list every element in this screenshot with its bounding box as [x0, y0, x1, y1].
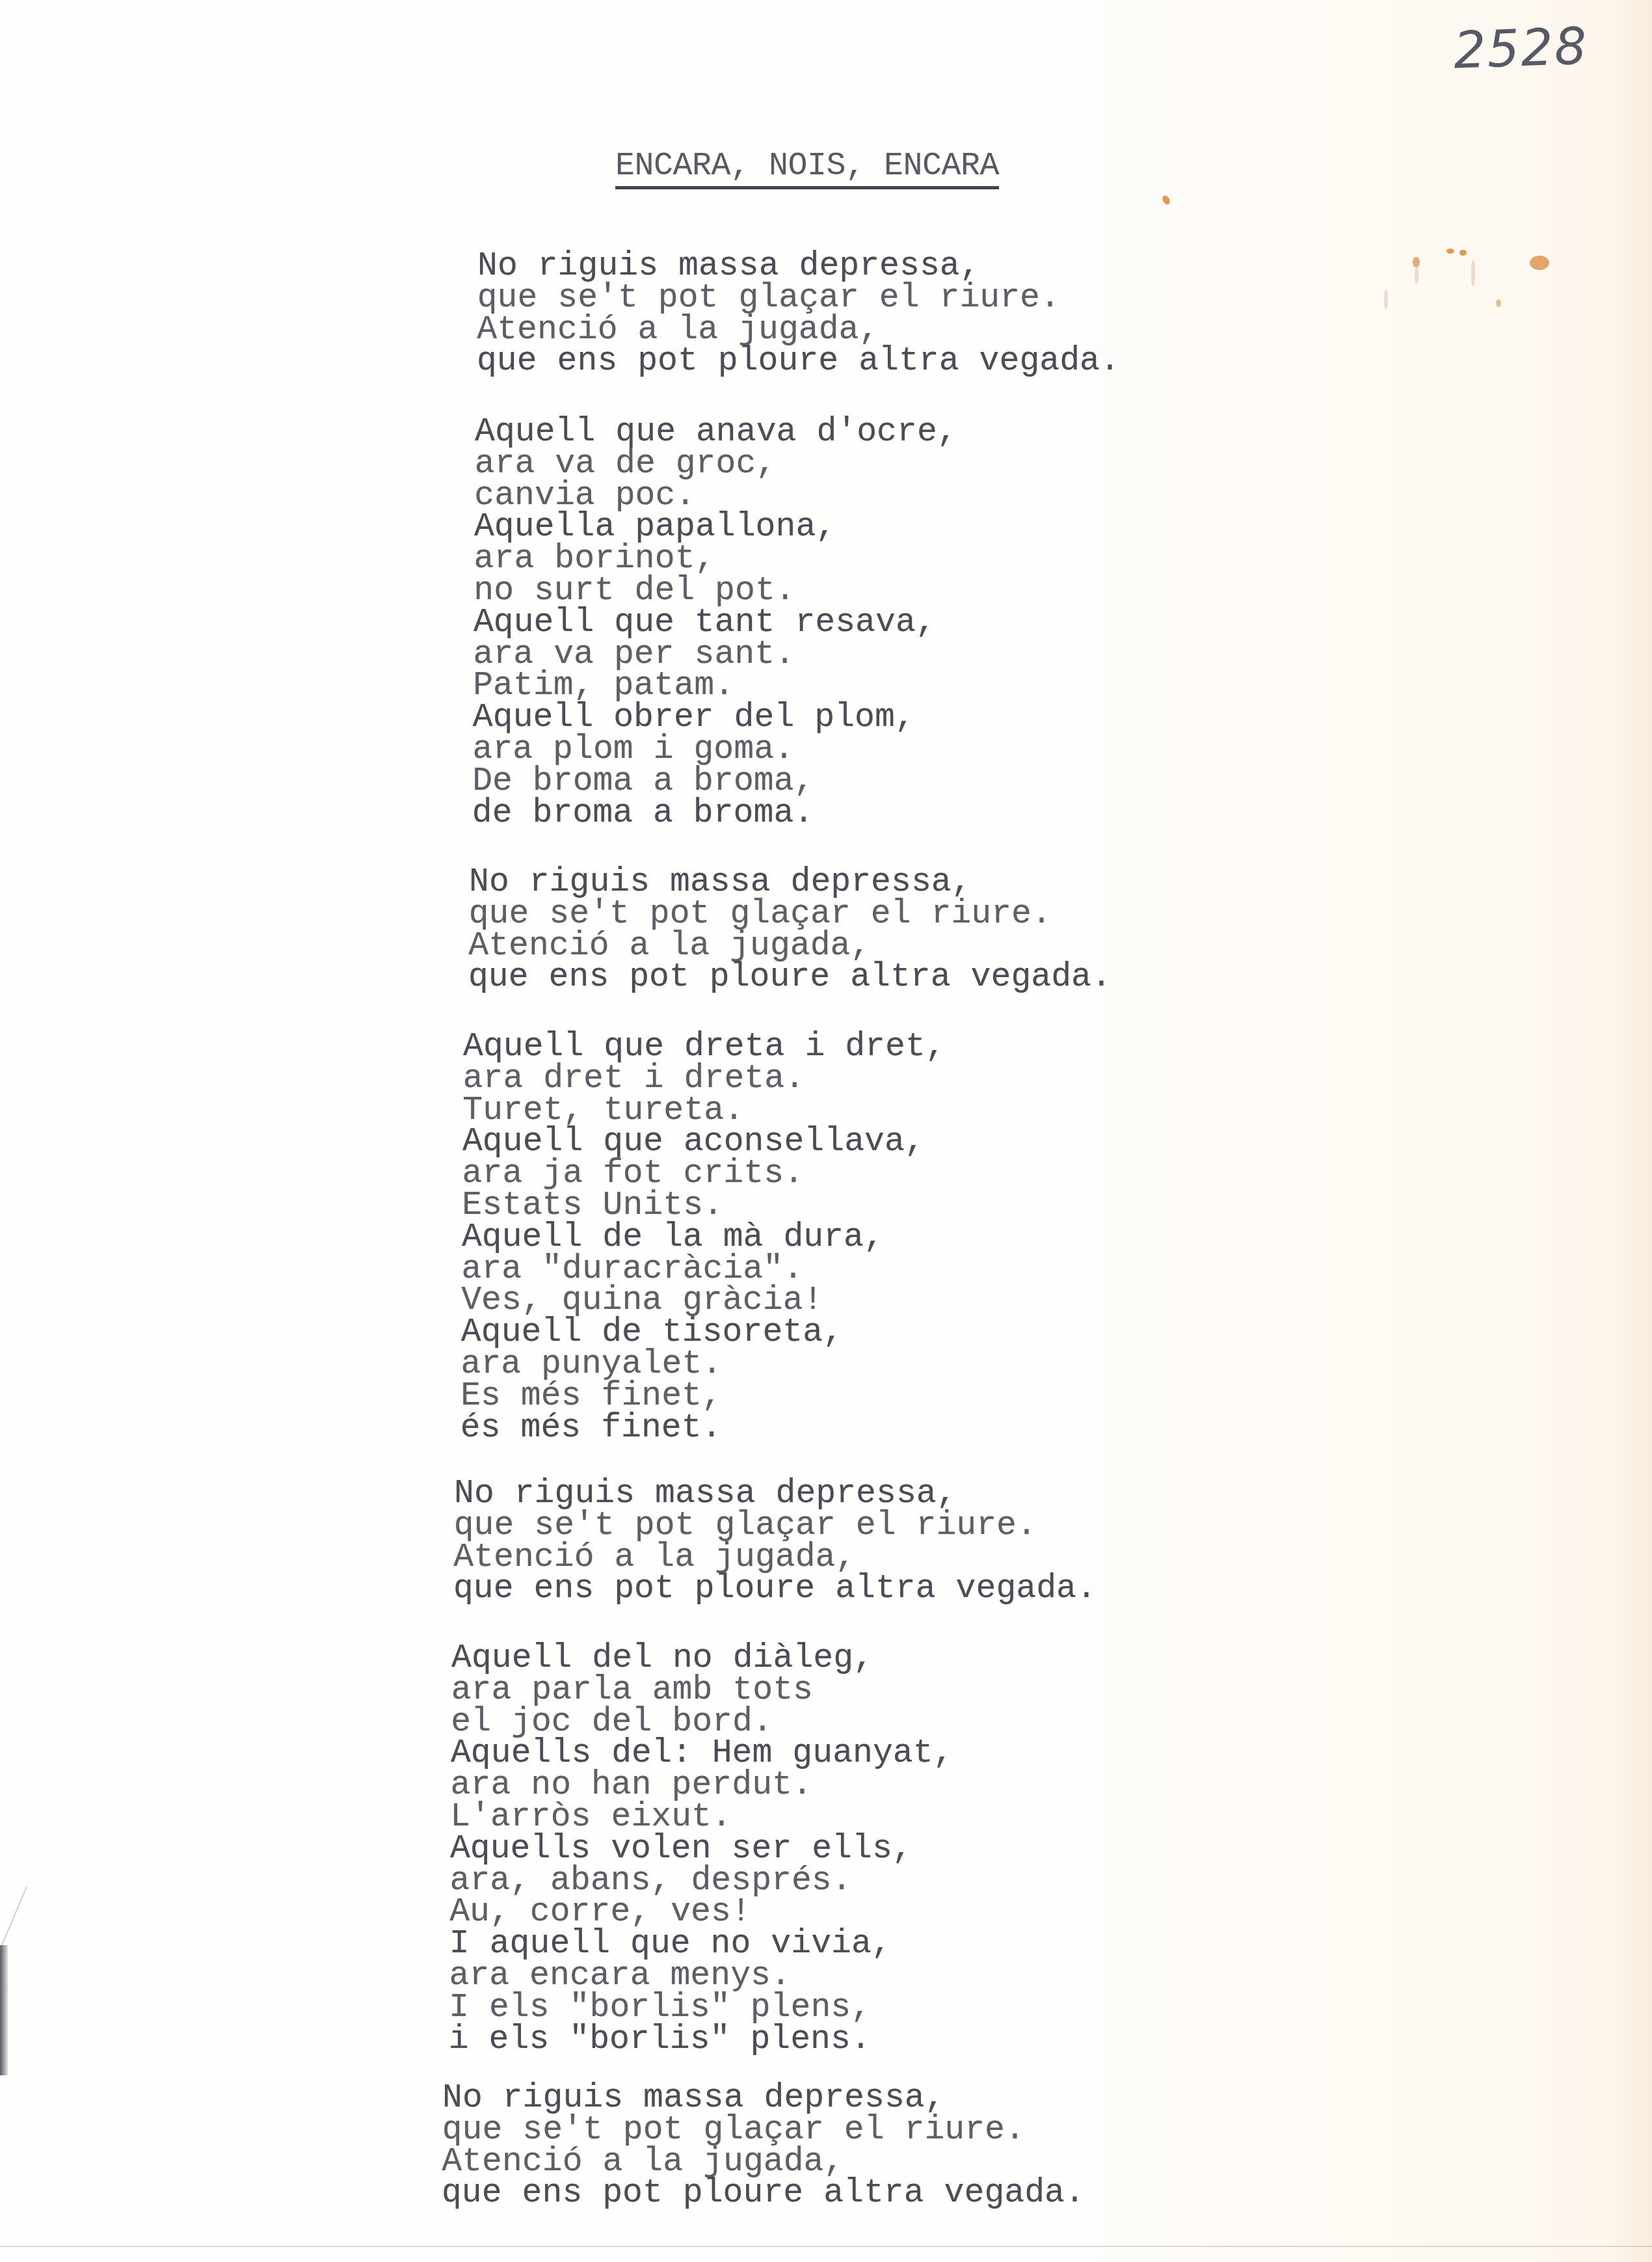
poem-line: Turet, tureta.: [462, 1095, 945, 1127]
poem-line: canvia poc.: [474, 480, 957, 512]
poem-line: el joc del bord.: [451, 1706, 953, 1738]
poem-line: ara parla amb tots: [451, 1675, 953, 1706]
poem-line: ara va de groc,: [475, 448, 957, 480]
poem-line: Ves, quina gràcia!: [461, 1285, 946, 1317]
poem-line: Aquell obrer del plom,: [473, 702, 957, 734]
poem-line: Es més finet,: [460, 1380, 946, 1412]
poem-line: que se't pot glaçar el riure.: [469, 898, 1112, 930]
poem-line: ara encara menys.: [449, 1960, 953, 1992]
poem-line: Aquella papallona,: [474, 511, 957, 543]
poem-line: ara no han perdut.: [451, 1770, 953, 1801]
verse-stanza: Aquell que anava d'ocre,ara va de groc,c…: [475, 416, 957, 829]
poem-line: De broma a broma,: [472, 766, 957, 798]
verse-stanza: Aquell del no diàleg,ara parla amb totse…: [451, 1643, 953, 2055]
chorus-stanza: No riguis massa depressa,que se't pot gl…: [469, 867, 1112, 993]
poem-line: és més finet.: [460, 1412, 946, 1444]
poem-line: ara ja fot crits.: [462, 1158, 946, 1190]
stain-smear: [1384, 289, 1388, 309]
poem-line: Aquell de la mà dura,: [462, 1222, 946, 1254]
poem-line: Aquell del no diàleg,: [451, 1643, 953, 1675]
rust-stain: [1446, 249, 1454, 254]
poem-line: ara plom i goma.: [473, 734, 957, 766]
poem-line: I els "borlis" plens,: [449, 1992, 953, 2024]
poem-line: Aquell que dreta i dret,: [463, 1031, 946, 1063]
poem-line: ara punyalet.: [461, 1349, 946, 1380]
poem-line: que se't pot glaçar el riure.: [454, 1510, 1097, 1542]
rust-stain: [1161, 195, 1171, 206]
rust-stain: [1413, 257, 1420, 267]
poem-line: ara, abans, després.: [450, 1865, 953, 1897]
handwritten-folio-number: 2528: [1452, 17, 1589, 80]
poem-line: que ens pot ploure altra vegada.: [468, 962, 1112, 993]
poem-line: L'arròs eixut.: [450, 1801, 953, 1833]
stain-smear: [1471, 260, 1475, 286]
poem-line: ara va per sant.: [473, 639, 957, 671]
page-bottom-edge: [0, 2246, 1652, 2247]
poem-line: No riguis massa depressa,: [442, 2082, 1085, 2114]
poem-line: No riguis massa depressa,: [454, 1478, 1097, 1510]
chorus-stanza: No riguis massa depressa,que se't pot gl…: [454, 1478, 1097, 1605]
chorus-stanza: No riguis massa depressa,que se't pot gl…: [477, 250, 1120, 377]
rust-stain: [1459, 250, 1467, 256]
poem-title: ENCARA, NOIS, ENCARA: [615, 148, 999, 189]
poem-line: Atenció a la jugada,: [453, 1542, 1097, 1574]
poem-line: No riguis massa depressa,: [469, 867, 1112, 898]
poem-line: Aquells volen ser ells,: [450, 1833, 953, 1865]
poem-line: I aquell que no vivia,: [449, 1928, 953, 1960]
poem-line: ara dret i dreta.: [463, 1063, 946, 1095]
poem-line: Atenció a la jugada,: [477, 314, 1120, 346]
stain-smear: [1415, 267, 1419, 284]
poem-line: de broma a broma.: [472, 798, 957, 829]
poem-line: Atenció a la jugada,: [442, 2146, 1085, 2178]
poem-line: i els "borlis" plens.: [449, 2024, 953, 2056]
rust-stain: [1530, 256, 1549, 270]
rust-stain: [1496, 299, 1501, 307]
poem-line: que ens pot ploure altra vegada.: [477, 345, 1120, 377]
poem-line: Aquell que tant resava,: [473, 607, 957, 639]
poem-line: Estats Units.: [462, 1190, 945, 1222]
typewritten-page: 2528 ENCARA, NOIS, ENCARA No riguis mass…: [0, 0, 1652, 2262]
poem-line: que se't pot glaçar el riure.: [477, 282, 1120, 314]
poem-line: Aquell de tisoreta,: [461, 1317, 946, 1349]
poem-line: Atenció a la jugada,: [468, 930, 1112, 962]
poem-line: Aquell que anava d'ocre,: [475, 416, 957, 448]
poem-line: Aquell que aconsellava,: [462, 1126, 946, 1158]
poem-line: ara "duracràcia".: [462, 1254, 946, 1286]
poem-line: No riguis massa depressa,: [477, 250, 1120, 282]
poem-line: ara borinot,: [474, 543, 957, 575]
poem-line: que se't pot glaçar el riure.: [442, 2114, 1085, 2146]
chorus-stanza: No riguis massa depressa,que se't pot gl…: [442, 2082, 1085, 2209]
verse-stanza: Aquell que dreta i dret,ara dret i dreta…: [463, 1031, 946, 1444]
poem-line: Patim, patam.: [473, 670, 957, 702]
poem-line: que ens pot ploure altra vegada.: [453, 1573, 1097, 1605]
poem-line: que ens pot ploure altra vegada.: [442, 2177, 1085, 2209]
scan-edge-artifact: [0, 1945, 8, 2075]
poem-line: Aquells del: Hem guanyat,: [451, 1738, 953, 1770]
poem-line: Au, corre, ves!: [449, 1896, 953, 1928]
poem-line: no surt del pot.: [473, 575, 957, 607]
